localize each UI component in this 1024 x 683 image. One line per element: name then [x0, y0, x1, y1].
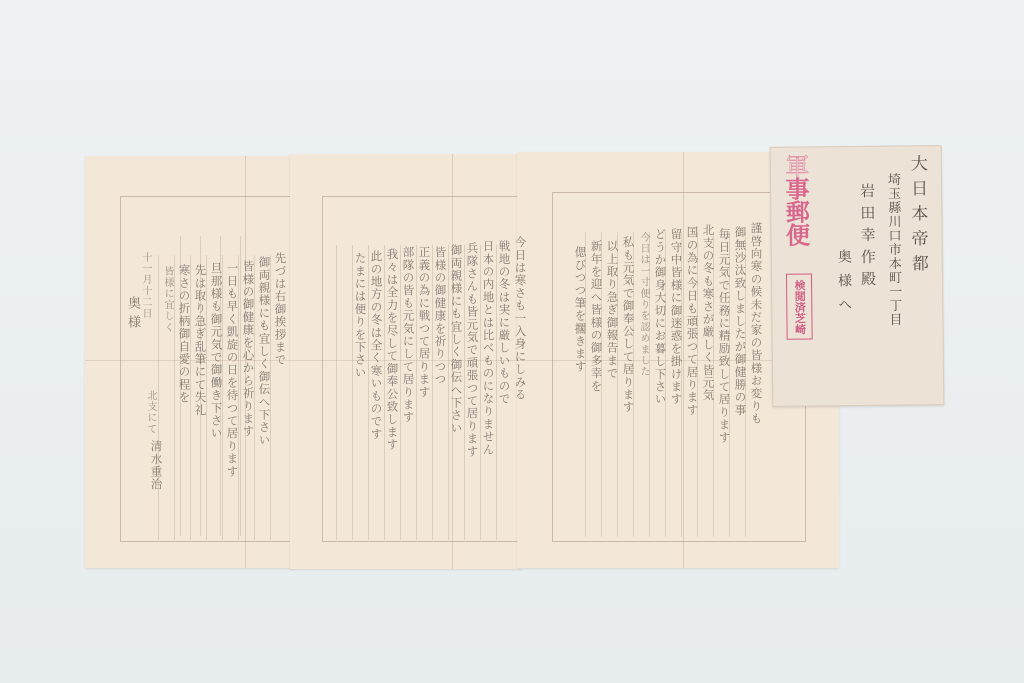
censor-stamp: 検閲済芝崎: [786, 273, 813, 339]
address-line: 大日本帝都: [905, 154, 931, 279]
ruled-line: [400, 245, 401, 540]
ruled-line: [352, 245, 353, 540]
recipient-honorific: 奥様へ: [834, 249, 855, 321]
stamp-faint-char: 軍: [781, 153, 809, 176]
handwritten-line: 兵隊さんも皆元気で頑張つて居ります: [466, 242, 478, 458]
envelope: 軍事郵便 検閲済芝崎 大日本帝都 埼玉縣川口市本町一丁目 岩田幸作殿 奥様へ: [770, 145, 945, 407]
ruled-line: [158, 255, 159, 540]
handwritten-line: どうか御身大切にお暮し下さい: [654, 228, 666, 406]
ruled-line: [432, 245, 433, 540]
handwritten-line: 新年を迎へ皆様の御多幸を: [590, 240, 602, 392]
handwritten-line: 御両親様にも宜しく御伝へ下さい: [258, 256, 270, 447]
handwritten-line: 寒さの折柄御自愛の程を: [178, 264, 190, 404]
ruled-line: [649, 232, 650, 537]
handwritten-line: 謹啓向寒の候未だ家の皆様お変りも: [750, 222, 762, 425]
handwritten-line: 国の為に今日も頑張つて居ります: [686, 226, 698, 417]
handwritten-line: 偲びつつ筆を擱きます: [574, 246, 586, 373]
handwritten-line: 北支の冬も寒さが厳しく皆元気: [702, 224, 714, 402]
handwritten-line: 先づは右御挨拶まで: [274, 252, 286, 366]
handwritten-line: 皆様の御健康を心から祈ります: [242, 260, 254, 438]
ruled-line: [384, 245, 385, 540]
ruled-line: [480, 245, 481, 540]
handwritten-line: たまには便りを下さい: [354, 252, 366, 379]
handwritten-line: 今日は寒さも一入身にしみる: [514, 236, 526, 401]
ruled-line: [368, 245, 369, 540]
handwritten-line: 留守中皆様に御迷惑を掛けます: [670, 228, 682, 406]
letter-addressee: 奥様: [126, 296, 139, 334]
handwritten-line: 私も元気で御奉公して居ります: [622, 236, 634, 414]
ruled-line: [416, 245, 417, 540]
ruled-line: [496, 245, 497, 540]
military-mail-stamp: 軍事郵便: [783, 154, 808, 246]
handwritten-line: 我々は全力を尽して御奉公致します: [386, 248, 398, 451]
handwritten-line: 皆様の御健康を祈りつつ: [434, 246, 446, 386]
handwritten-line: 正義の為に戦つて居ります: [418, 246, 430, 398]
ruled-line: [448, 245, 449, 540]
handwritten-line: 以上取り急ぎ御報告まで: [606, 240, 618, 380]
handwritten-line: 部隊の皆も元気にして居ります: [402, 246, 414, 424]
handwritten-line: 今日は一寸便りを認めました: [638, 232, 648, 378]
photo-background: 謹啓向寒の候未だ家の皆様お変りも 御無沙汰致しましたが御健勝の事 毎日元気で任務…: [0, 0, 1024, 683]
ruled-line: [336, 245, 337, 540]
address-line: 埼玉縣川口市本町一丁目: [883, 173, 904, 327]
handwritten-line: 御両親様にも宜しく御伝へ下さい: [450, 244, 462, 435]
ruled-line: [464, 245, 465, 540]
handwritten-line: 旦那様も御元気で御働き下さい: [210, 262, 222, 440]
handwritten-line: 皆様に宜しく: [162, 266, 172, 333]
letter-date: 十一月十二日: [140, 252, 150, 319]
handwritten-line: 一日も早く凱旋の日を待つて居ります: [226, 262, 238, 478]
sender-location: 北支にて: [145, 390, 155, 435]
handwritten-line: 御無沙汰致しましたが御健勝の事: [734, 226, 746, 417]
recipient-name: 岩田幸作殿: [857, 183, 879, 293]
handwritten-line: 日本の内地とは比べものになりません: [482, 240, 494, 456]
handwritten-line: 戦地の冬は実に厳しいもので: [498, 240, 510, 405]
stamp-main-text: 事郵便: [781, 176, 811, 245]
handwritten-line: 先は取り急ぎ乱筆にて失礼: [194, 264, 206, 416]
censor-stamp-text: 検閲済芝崎: [791, 279, 808, 334]
handwritten-line: 毎日元気で任務に精励致して居ります: [718, 228, 730, 444]
ruled-line: [174, 255, 175, 540]
handwritten-line: 此の地方の冬は全く寒いものです: [370, 250, 382, 441]
sender-name: 清水重治: [150, 440, 162, 491]
ruled-line: [240, 236, 241, 536]
